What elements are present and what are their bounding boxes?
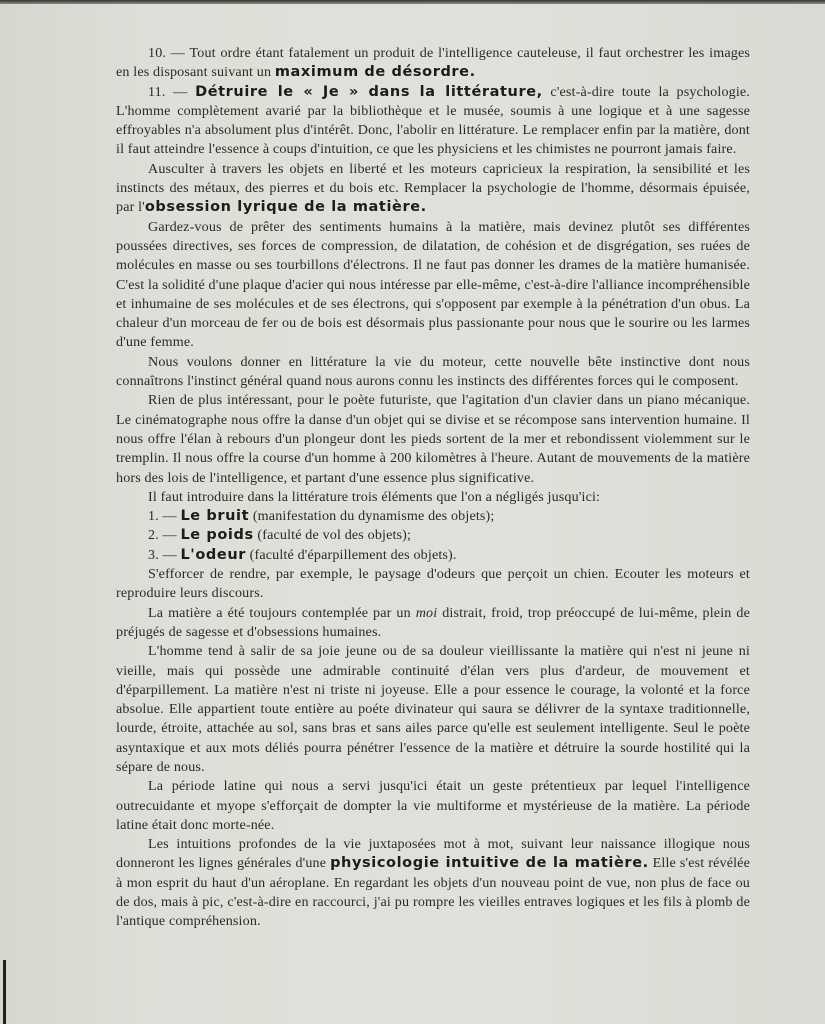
bold-phrase: physicologie intuitive de la matière. bbox=[330, 855, 649, 871]
list-item: 2. — Le poids (faculté de vol des objets… bbox=[116, 526, 750, 545]
bold-phrase: Détruire le « Je » dans la littérature, bbox=[195, 84, 543, 100]
page-top-edge bbox=[0, 0, 825, 4]
paragraph: Rien de plus intéressant, pour le poète … bbox=[116, 391, 750, 487]
paragraph-11: 11. — Détruire le « Je » dans la littéra… bbox=[116, 83, 750, 160]
binding-mark bbox=[3, 960, 6, 1024]
italic-word: moi bbox=[416, 605, 438, 621]
elements-list: 1. — Le bruit (manifestation du dynamism… bbox=[116, 507, 750, 565]
paragraph: S'efforcer de rendre, par exemple, le pa… bbox=[116, 565, 750, 604]
paragraph: Ausculter à travers les objets en libert… bbox=[116, 160, 750, 218]
paragraph: Nous voulons donner en littérature la vi… bbox=[116, 353, 750, 392]
paragraph: L'homme tend à salir de sa joie jeune ou… bbox=[116, 642, 750, 777]
bold-phrase: obsession lyrique de la matière. bbox=[145, 199, 427, 215]
scanned-page: 10. — Tout ordre étant fatalement un pro… bbox=[0, 0, 825, 1024]
bold-phrase: maximum de désordre. bbox=[275, 64, 476, 80]
body-text: 10. — Tout ordre étant fatalement un pro… bbox=[116, 44, 750, 932]
paragraph: Les intuitions profondes de la vie juxta… bbox=[116, 835, 750, 931]
list-item: 3. — L'odeur (faculté d'éparpillement de… bbox=[116, 546, 750, 565]
paragraph: La période latine qui nous a servi jusqu… bbox=[116, 777, 750, 835]
paragraph-10: 10. — Tout ordre étant fatalement un pro… bbox=[116, 44, 750, 83]
paragraph: Il faut introduire dans la littérature t… bbox=[116, 488, 750, 507]
paragraph: Gardez-vous de prêter des sentiments hum… bbox=[116, 218, 750, 353]
list-item: 1. — Le bruit (manifestation du dynamism… bbox=[116, 507, 750, 526]
paragraph: La matière a été toujours contemplée par… bbox=[116, 604, 750, 643]
